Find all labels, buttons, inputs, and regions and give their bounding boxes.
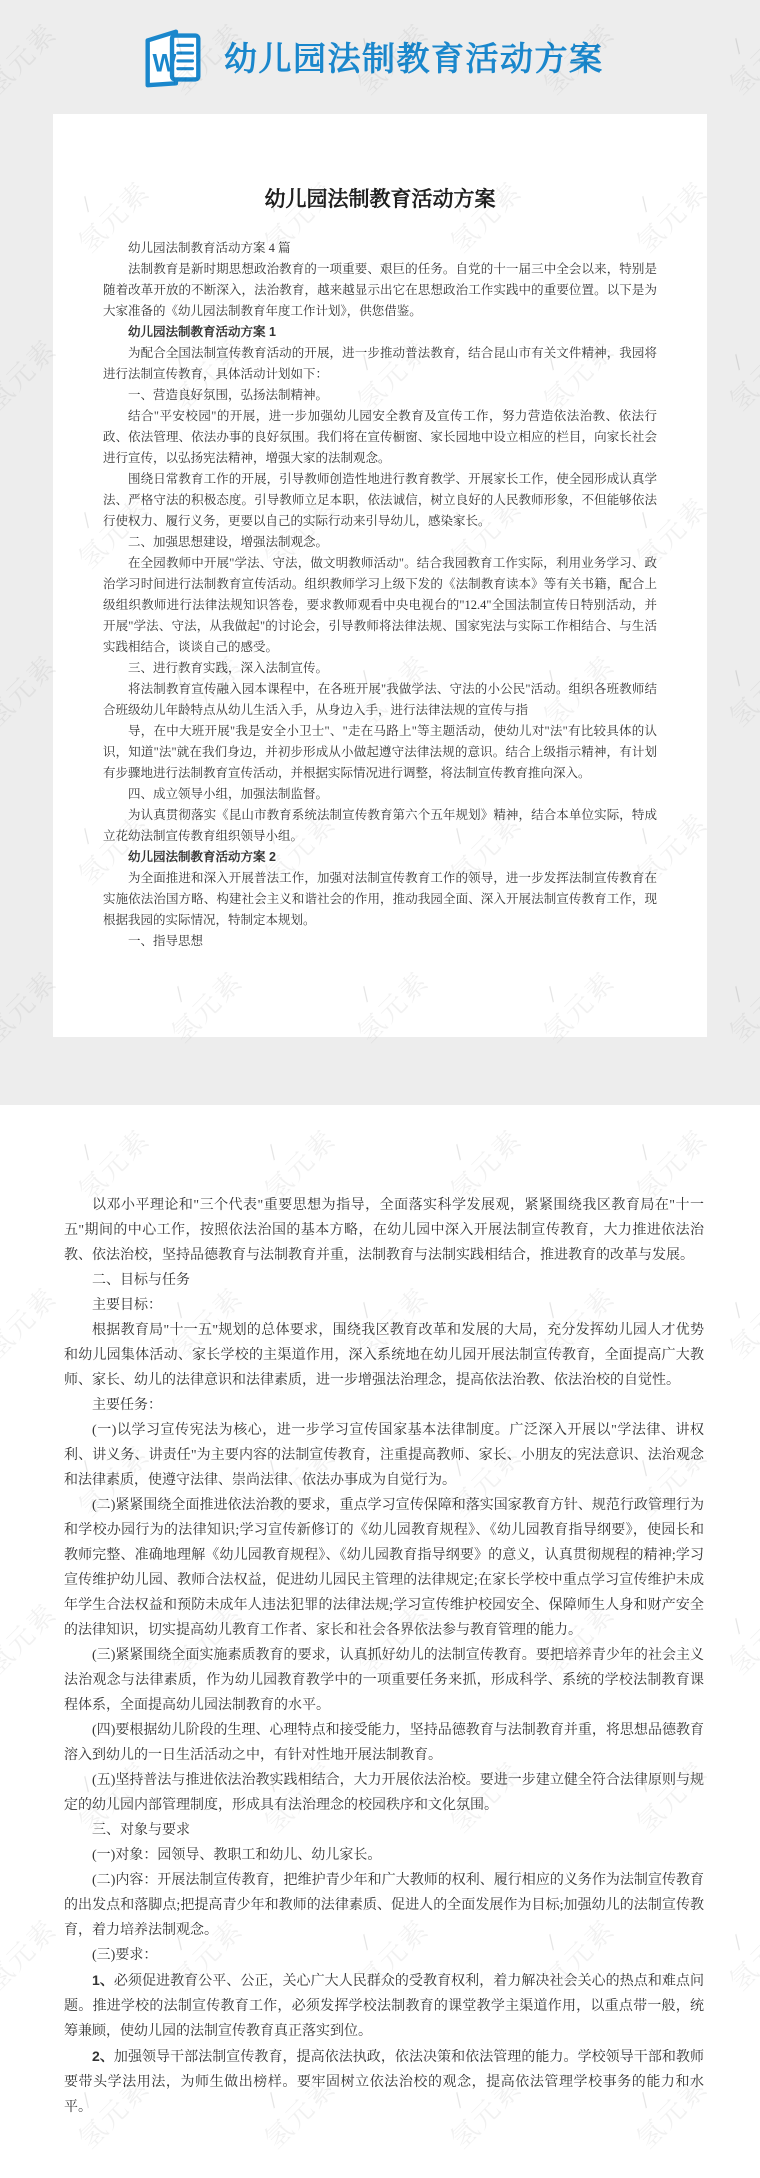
paragraph: 在全园教师中开展"学法、守法，做文明教师活动"。结合我园教育工作实际，利用业务学…: [103, 553, 657, 658]
paragraph: (三)紧紧围绕全面实施素质教育的要求，认真抓好幼儿的法制宣传教育。要把培养青少年…: [64, 1643, 704, 1718]
paragraph: (二)紧紧围绕全面推进依法治教的要求，重点学习宣传保障和落实国家教育方针、规范行…: [64, 1493, 704, 1643]
paragraph: 法制教育是新时期思想政治教育的一项重要、艰巨的任务。自党的十一届三中全会以来，特…: [103, 259, 657, 322]
paragraph: 结合"平安校园"的开展，进一步加强幼儿园安全教育及宣传工作，努力营造依法治教、依…: [103, 406, 657, 469]
paragraph: 根据教育局"十一五"规划的总体要求，围绕我区教育改革和发展的大局，充分发挥幼儿园…: [64, 1318, 704, 1393]
paragraph: 为全面推进和深入开展普法工作，加强对法制宣传教育工作的领导，进一步发挥法制宣传教…: [103, 868, 657, 931]
paragraph: 导，在中大班开展"我是安全小卫士"、"走在马路上"等主题活动，使幼儿对"法"有比…: [103, 721, 657, 784]
paragraph: (一)以学习宣传宪法为核心，进一步学习宣传国家基本法律制度。广泛深入开展以"学法…: [64, 1418, 704, 1493]
document-page-2: 以邓小平理论和"三个代表"重要思想为指导，全面落实科学发展观，紧紧围绕我区教育局…: [0, 1105, 760, 2178]
page2-paragraphs: 以邓小平理论和"三个代表"重要思想为指导，全面落实科学发展观，紧紧围绕我区教育局…: [64, 1193, 704, 2120]
paragraph: 以邓小平理论和"三个代表"重要思想为指导，全面落实科学发展观，紧紧围绕我区教育局…: [64, 1193, 704, 1268]
paragraph: 为认真贯彻落实《昆山市教育系统法制宣传教育第六个五年规划》精神，结合本单位实际，…: [103, 805, 657, 847]
paragraph: 2、加强领导干部法制宣传教育，提高依法执政，依法决策和依法管理的能力。学校领导干…: [64, 2044, 704, 2120]
site-header: W 幼儿园法制教育活动方案: [0, 0, 760, 114]
paragraph: 主要任务：: [64, 1393, 704, 1418]
paragraph: 幼儿园法制教育活动方案 4 篇: [103, 238, 657, 259]
document-page-1: 幼儿园法制教育活动方案 幼儿园法制教育活动方案 4 篇法制教育是新时期思想政治教…: [53, 114, 707, 1037]
paragraph: 为配合全国法制宣传教育活动的开展，进一步推动普法教育，结合昆山市有关文件精神，我…: [103, 343, 657, 385]
paragraph-number: 1、: [92, 1972, 114, 1988]
paragraph: 三、对象与要求: [64, 1818, 704, 1843]
paragraph: (二)内容：开展法制宣传教育，把维护青少年和广大教师的权利、履行相应的义务作为法…: [64, 1868, 704, 1943]
site-title: 幼儿园法制教育活动方案: [224, 42, 604, 75]
paragraph: 1、必须促进教育公平、公正，关心广大人民群众的受教育权利，着力解决社会关心的热点…: [64, 1968, 704, 2044]
section-heading: 幼儿园法制教育活动方案 2: [103, 847, 657, 868]
page-gap: [0, 1037, 760, 1105]
watermark-tile: 氢元素: [719, 645, 760, 734]
document-title: 幼儿园法制教育活动方案: [103, 184, 657, 214]
paragraph: 二、加强思想建设，增强法制观念。: [103, 532, 657, 553]
paragraph-number: 2、: [92, 2048, 114, 2064]
paragraph: (三)要求：: [64, 1943, 704, 1968]
watermark-tile: 氢元素: [719, 329, 760, 418]
page1-paragraphs: 幼儿园法制教育活动方案 4 篇法制教育是新时期思想政治教育的一项重要、艰巨的任务…: [103, 238, 657, 952]
word-document-icon: W: [136, 25, 210, 89]
paragraph: (一)对象：园领导、教职工和幼儿、幼儿家长。: [64, 1843, 704, 1868]
paragraph: (五)坚持普法与推进依法治教实践相结合，大力开展依法治校。要进一步建立健全符合法…: [64, 1768, 704, 1818]
svg-text:W: W: [153, 50, 177, 78]
paragraph: (四)要根据幼儿阶段的生理、心理特点和接受能力，坚持品德教育与法制教育并重，将思…: [64, 1718, 704, 1768]
paragraph: 围绕日常教育工作的开展，引导教师创造性地进行教育教学、开展家长工作，使全园形成认…: [103, 469, 657, 532]
paragraph: 主要目标：: [64, 1293, 704, 1318]
paragraph: 一、指导思想: [103, 931, 657, 952]
paragraph: 将法制教育宣传融入园本课程中，在各班开展"我做学法、守法的小公民"活动。组织各班…: [103, 679, 657, 721]
paragraph: 二、目标与任务: [64, 1268, 704, 1293]
section-heading: 幼儿园法制教育活动方案 1: [103, 322, 657, 343]
paragraph: 四、成立领导小组，加强法制监督。: [103, 784, 657, 805]
paragraph: 一、营造良好氛围，弘扬法制精神。: [103, 385, 657, 406]
paragraph: 三、进行教育实践，深入法制宣传。: [103, 658, 657, 679]
